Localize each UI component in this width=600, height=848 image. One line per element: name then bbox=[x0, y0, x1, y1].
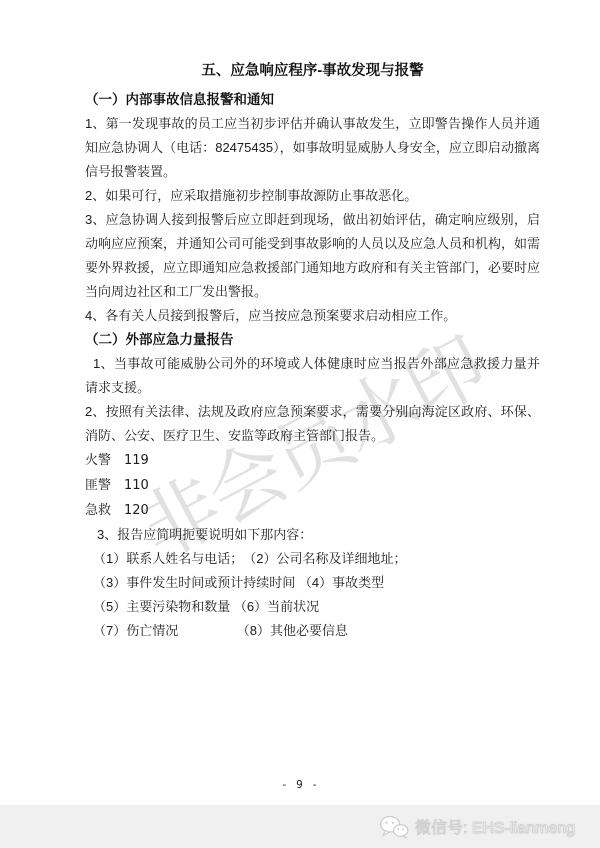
report-item: （1）联系人姓名与电话； （2）公司名称及详细地址； bbox=[93, 547, 540, 571]
footer-bar: 微信号: EHS-lianmeng bbox=[0, 805, 600, 848]
document-content: 五、应急响应程序-事故发现与报警 （一）内部事故信息报警和通知 1、第一发现事故… bbox=[0, 0, 600, 643]
section2-heading: （二）外部应急力量报告 bbox=[85, 328, 540, 352]
section1-para1: 1、第一发现事故的员工应当初步评估并确认事故发生，立即警告操作人员并通知应急协调… bbox=[85, 112, 540, 184]
report-item: （5）主要污染物和数量 （6）当前状况 bbox=[93, 595, 540, 619]
section2-para3: 3、报告应简明扼要说明如下那内容： bbox=[85, 523, 540, 547]
emergency-number: 119 bbox=[124, 453, 149, 468]
document-page: 非会员水印 五、应急响应程序-事故发现与报警 （一）内部事故信息报警和通知 1、… bbox=[0, 0, 600, 848]
section1-heading: （一）内部事故信息报警和通知 bbox=[85, 88, 540, 112]
emergency-number-police: 匪警110 bbox=[85, 473, 540, 498]
wechat-id-label: 微信号: EHS-lianmeng bbox=[415, 815, 575, 838]
section1-para2: 2、如果可行，应采取措施初步控制事故源防止事故恶化。 bbox=[85, 184, 540, 208]
section2-para1: 1、当事故可能威胁公司外的环境或人体健康时应当报告外部应急救援力量并请求支援。 bbox=[85, 352, 540, 400]
section1-para3: 3、应急协调人接到报警后应立即赶到现场，做出初始评估，确定响应级别，启动响应应预… bbox=[85, 208, 540, 304]
report-item: （7）伤亡情况 （8）其他必要信息 bbox=[93, 619, 540, 643]
emergency-number: 120 bbox=[124, 503, 149, 518]
emergency-number-fire: 火警119 bbox=[85, 448, 540, 473]
emergency-number: 110 bbox=[124, 478, 149, 493]
report-item: （3）事件发生时间或预计持续时间 （4）事故类型 bbox=[93, 571, 540, 595]
emergency-label: 火警 bbox=[85, 452, 111, 467]
emergency-label: 匪警 bbox=[85, 477, 111, 492]
page-title: 五、应急响应程序-事故发现与报警 bbox=[85, 60, 540, 82]
emergency-label: 急救 bbox=[85, 502, 111, 517]
wechat-icon bbox=[379, 814, 409, 840]
emergency-number-ambulance: 急救120 bbox=[85, 498, 540, 523]
section1-para4: 4、各有关人员接到报警后，应当按应急预案要求启动相应工作。 bbox=[85, 304, 540, 328]
section2-para2: 2、按照有关法律、法规及政府应急预案要求，需要分别向海淀区政府、环保、消防、公安… bbox=[85, 400, 540, 448]
page-number: - 9 - bbox=[0, 778, 600, 791]
